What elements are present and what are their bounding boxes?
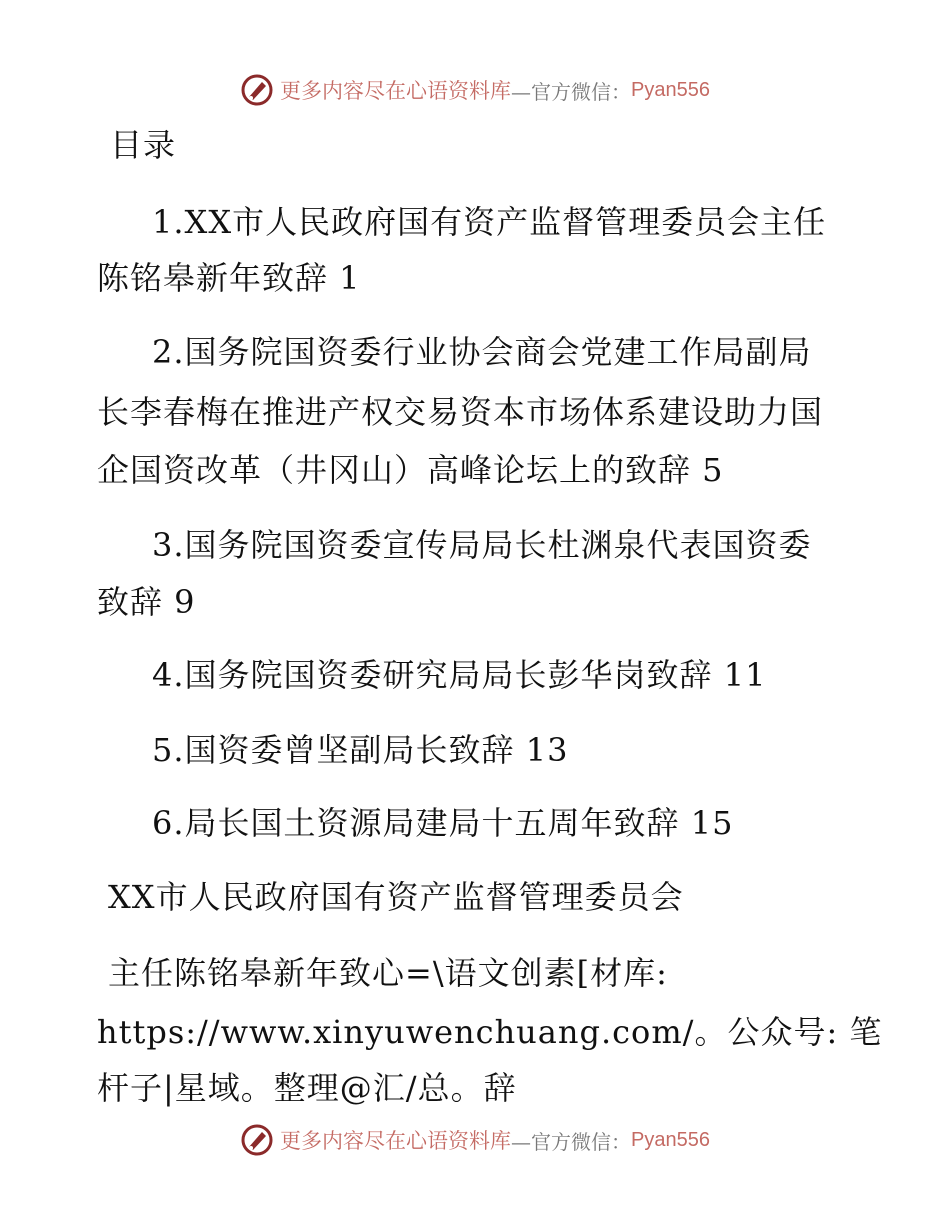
watermark-wechat-id: Pyan556 (631, 79, 710, 102)
watermark-wechat-id: Pyan556 (631, 1129, 710, 1152)
watermark-separator: —官方微信： (511, 1126, 631, 1155)
body-paragraph-line-2: https://www.xinyuwenchuang.com/。公众号: 笔 (97, 1012, 882, 1052)
toc-entry-3-line-1: 3.国务院国资委宣传局局长杜渊泉代表国资委 (152, 525, 812, 565)
toc-entry-2-line-1: 2.国务院国资委行业协会商会党建工作局副局 (152, 332, 812, 372)
body-paragraph-line-1: 主任陈铭皋新年致心=\语文创素[材库: (108, 953, 668, 993)
pen-logo-icon (240, 1123, 274, 1157)
toc-entry-3-line-2: 致辞 9 (97, 582, 196, 622)
watermark-text: 更多内容尽在心语资料库 (280, 75, 511, 105)
footer-watermark-banner: 更多内容尽在心语资料库 —官方微信： Pyan556 (0, 1120, 950, 1160)
body-paragraph-line-3: 杆子|星域。整理@汇/总。辞 (97, 1068, 517, 1108)
watermark-text: 更多内容尽在心语资料库 (280, 1125, 511, 1155)
toc-entry-1-line-1: 1.XX市人民政府国有资产监督管理委员会主任 (152, 202, 826, 242)
toc-entry-2-line-2: 长李春梅在推进产权交易资本市场体系建设助力国 (97, 392, 823, 432)
header-watermark-banner: 更多内容尽在心语资料库 —官方微信： Pyan556 (0, 70, 950, 110)
toc-entry-5: 5.国资委曾坚副局长致辞 13 (152, 730, 568, 770)
toc-entry-4: 4.国务院国资委研究局局长彭华岗致辞 11 (152, 655, 766, 695)
pen-logo-icon (240, 73, 274, 107)
toc-entry-1-line-2: 陈铭皋新年致辞 1 (97, 258, 361, 298)
toc-entry-6: 6.局长国土资源局建局十五周年致辞 15 (152, 803, 733, 843)
section-heading: XX市人民政府国有资产监督管理委员会 (108, 877, 684, 917)
watermark-separator: —官方微信： (511, 76, 631, 105)
toc-title: 目录 (110, 125, 176, 165)
toc-entry-2-line-3: 企国资改革（井冈山）高峰论坛上的致辞 5 (97, 450, 724, 490)
